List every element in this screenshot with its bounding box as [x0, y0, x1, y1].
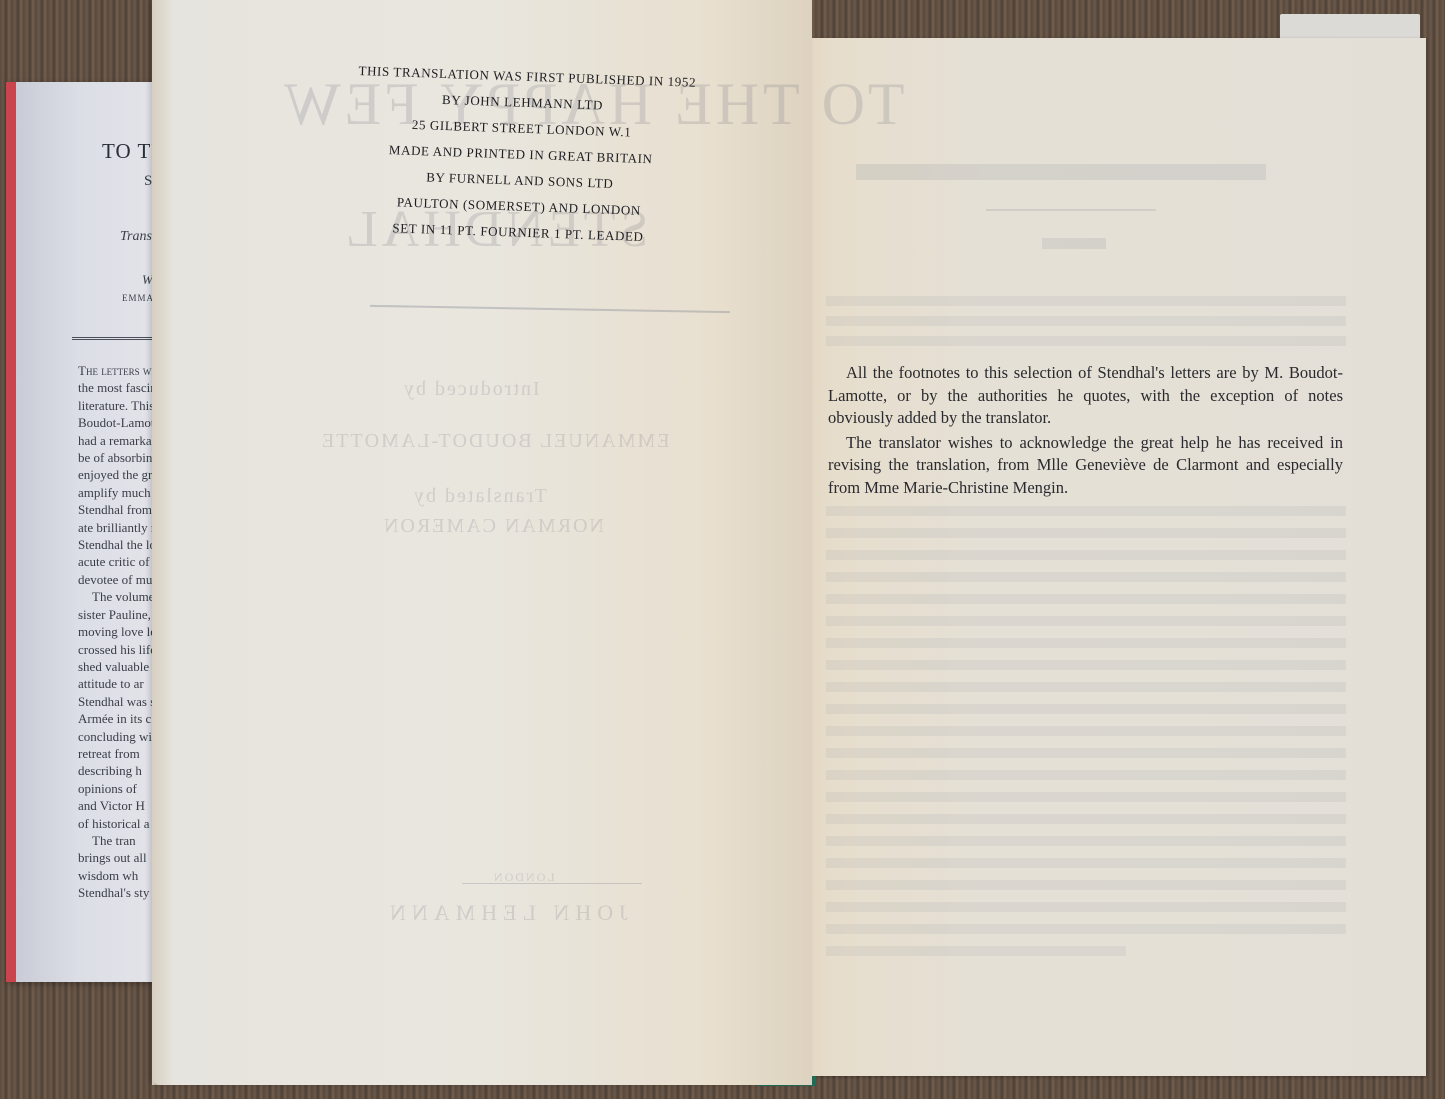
show-through-line — [826, 814, 1346, 824]
show-through-line — [826, 946, 1126, 956]
left-page: TO THE HAPPY FEW STENDHAL Introduced by … — [152, 0, 812, 1085]
colophon-imprint: THIS TRANSLATION WAS FIRST PUBLISHED IN … — [353, 58, 689, 251]
show-through-subheading — [1042, 238, 1106, 249]
show-through-translated-by: Translated by — [412, 485, 547, 508]
show-through-line — [826, 726, 1346, 736]
show-through-heading — [856, 164, 1266, 180]
show-through-line — [826, 638, 1346, 648]
dust-jacket: TO THE Selec S Translate NOR With EMMANU… — [6, 82, 174, 982]
show-through-line — [826, 770, 1346, 780]
show-through-line — [826, 902, 1346, 912]
show-through-line — [826, 506, 1346, 516]
show-through-line — [826, 296, 1346, 306]
acknowledgement-paragraph: The translator wishes to acknowledge the… — [828, 432, 1343, 500]
show-through-line — [826, 528, 1346, 538]
translator-note: All the footnotes to this selection of S… — [828, 362, 1343, 499]
footnote-paragraph: All the footnotes to this selection of S… — [828, 362, 1343, 430]
show-through-line — [826, 660, 1346, 670]
show-through-line — [826, 880, 1346, 890]
show-through-line — [826, 836, 1346, 846]
show-through-line — [826, 704, 1346, 714]
show-through-line — [826, 748, 1346, 758]
show-through-translator: NORMAN CAMERON — [382, 515, 604, 538]
show-through-rule — [986, 209, 1156, 211]
jacket-flap-top — [1280, 14, 1420, 40]
right-page: All the footnotes to this selection of S… — [796, 38, 1426, 1076]
show-through-introduced-by: Introduced by — [402, 378, 540, 401]
show-through-introducer: EMMANUEL BOUDOT-LAMOTTE — [320, 430, 670, 453]
show-through-line — [826, 924, 1346, 934]
show-through-line — [826, 682, 1346, 692]
show-through-line — [826, 316, 1346, 326]
show-through-line — [826, 858, 1346, 868]
show-through-line — [826, 616, 1346, 626]
show-through-line — [826, 594, 1346, 604]
show-through-line — [826, 572, 1346, 582]
show-through-line — [826, 792, 1346, 802]
show-through-place: LONDON — [492, 870, 555, 885]
show-through-publisher: JOHN LEHMANN — [384, 900, 628, 926]
show-through-line — [826, 336, 1346, 346]
show-through-rule — [370, 305, 730, 313]
show-through-line — [826, 550, 1346, 560]
